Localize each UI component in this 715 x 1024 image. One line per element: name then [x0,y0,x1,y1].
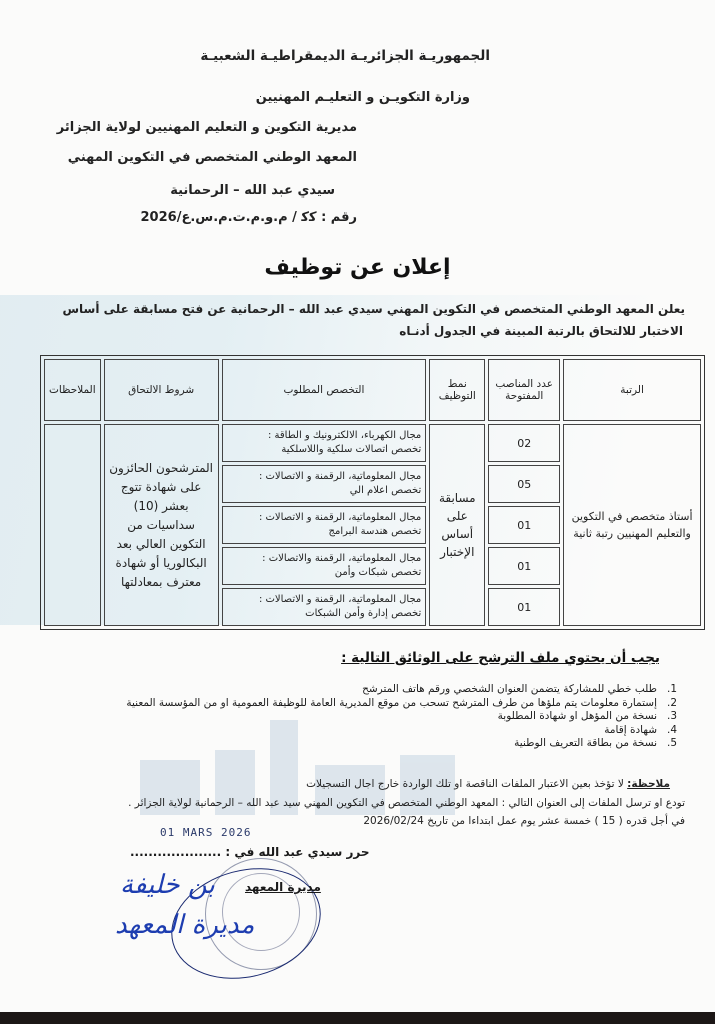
intro-line-1: يعلن المعهد الوطني المتخصص في التكوين ال… [62,302,685,316]
page-title: إعلان عن توظيف [0,255,715,280]
rank-cell: أستاذ متخصص في التكوين والتعليم المهنيين… [563,424,701,626]
item-text: شهادة إقامة [604,724,657,736]
header-directorate: مديرية التكوين و التعليم المهنيين لولاية… [57,120,357,135]
col-remarks: الملاحظات [44,359,101,421]
scan-edge [0,1012,715,1024]
specialty-cell: مجال المعلوماتية، الرقمنة و الاتصالات : … [222,506,427,544]
positions-count: 02 [488,424,560,462]
list-item: 4.شهادة إقامة [126,724,657,738]
header-location: سيدي عبد الله – الرحمانية [170,183,335,198]
col-specialty: التخصص المطلوب [222,359,427,421]
field-label: مجال المعلوماتية، الرقمنة والاتصالات : [227,552,422,566]
positions-count: 01 [488,588,560,626]
submission-deadline: في أجل قدره ( 15 ) خمسة عشر يوم عمل ابتد… [363,815,685,827]
item-text: نسخة من بطاقة التعريف الوطنية [514,737,657,749]
reference-number: رقم : ﮐﮐ / م.و.م.ت.م.س.ع/2026 [141,210,357,225]
list-item: 2.إستمارة معلومات يتم ملؤها من طرف المتر… [126,697,657,711]
field-label: مجال المعلوماتية، الرقمنة و الاتصالات : [227,511,422,525]
positions-count: 01 [488,547,560,585]
note-label: ملاحظة: [627,778,670,790]
field-label: مجال المعلوماتية، الرقمنة و الاتصالات : [227,593,422,607]
made-at-line: حرر سيدي عبد الله في : .................… [130,845,370,859]
intro-line-2: الاختبار للالتحاق بالرتبة المبينة في الج… [399,324,683,338]
specialty-cell: مجال المعلوماتية، الرقمنة والاتصالات : ت… [222,547,427,585]
positions-count: 05 [488,465,560,503]
remarks-cell [44,424,101,626]
field-label: مجال الكهرباء، الالكترونيك و الطاقة : [227,429,422,443]
submission-address: تودع او ترسل الملفات إلى العنوان التالي … [128,797,685,809]
col-positions: عدد المناصب المفتوحة [488,359,560,421]
header-republic: الجمهوريـة الجزائريـة الديمقراطيـة الشعب… [200,48,490,64]
date-stamp: 01 MARS 2026 [160,826,251,839]
document-page: الجمهوريـة الجزائريـة الديمقراطيـة الشعب… [0,0,715,1024]
list-item: 3.نسخة من المؤهل او شهادة المطلوبة [126,710,657,724]
item-text: إستمارة معلومات يتم ملؤها من طرف المترشح… [126,697,657,709]
specialty-cell: مجال المعلوماتية، الرقمنة و الاتصالات : … [222,465,427,503]
item-number: 1. [667,683,677,697]
col-mode: نمط التوظيف [429,359,485,421]
item-number: 3. [667,710,677,724]
signature-title: مديرة المعهد [115,910,254,940]
signature-name: بن خليفة [120,870,215,900]
recruitment-table: الرتبة عدد المناصب المفتوحة نمط التوظيف … [40,355,705,630]
specialty-label: تخصص شبكات وأمن [227,566,422,580]
item-number: 2. [667,697,677,711]
col-rank: الرتبة [563,359,701,421]
specialty-label: تخصص إدارة وأمن الشبكات [227,607,422,621]
header-ministry: وزارة التكويـن و التعليـم المهنيين [256,90,470,105]
documents-list: 1.طلب خطي للمشاركة يتضمن العنوان الشخصي … [126,683,675,751]
field-label: مجال المعلوماتية، الرقمنة و الاتصالات : [227,470,422,484]
specialty-label: تخصص اتصالات سلكية واللاسلكية [227,443,422,457]
positions-count: 01 [488,506,560,544]
table-header-row: الرتبة عدد المناصب المفتوحة نمط التوظيف … [44,359,701,421]
item-text: طلب خطي للمشاركة يتضمن العنوان الشخصي ور… [362,683,657,695]
item-number: 4. [667,724,677,738]
list-item: 5.نسخة من بطاقة التعريف الوطنية [126,737,657,751]
item-number: 5. [667,737,677,751]
specialty-cell: مجال الكهرباء، الالكترونيك و الطاقة : تخ… [222,424,427,462]
documents-heading: يجب أن يحتوي ملف الترشح على الوثائق التا… [341,650,660,666]
table-row: أستاذ متخصص في التكوين والتعليم المهنيين… [44,424,701,462]
mode-cell: مسابقة على أساس الإختبار [429,424,485,626]
specialty-label: تخصص هندسة البرامج [227,525,422,539]
header-institute: المعهد الوطني المتخصص في التكوين المهني [68,150,357,165]
list-item: 1.طلب خطي للمشاركة يتضمن العنوان الشخصي … [126,683,657,697]
conditions-cell: المترشحون الحائزون على شهادة تتوج بعشر (… [104,424,219,626]
specialty-label: تخصص اعلام الي [227,484,422,498]
item-text: نسخة من المؤهل او شهادة المطلوبة [498,710,657,722]
col-conditions: شروط الالتحاق [104,359,219,421]
note-text: لا تؤخذ بعين الاعتبار الملفات الناقصة او… [306,778,627,790]
specialty-cell: مجال المعلوماتية، الرقمنة و الاتصالات : … [222,588,427,626]
signatory-title: مديرة المعهد [245,880,321,894]
note-line: ملاحظة: لا تؤخذ بعين الاعتبار الملفات ال… [306,778,670,790]
